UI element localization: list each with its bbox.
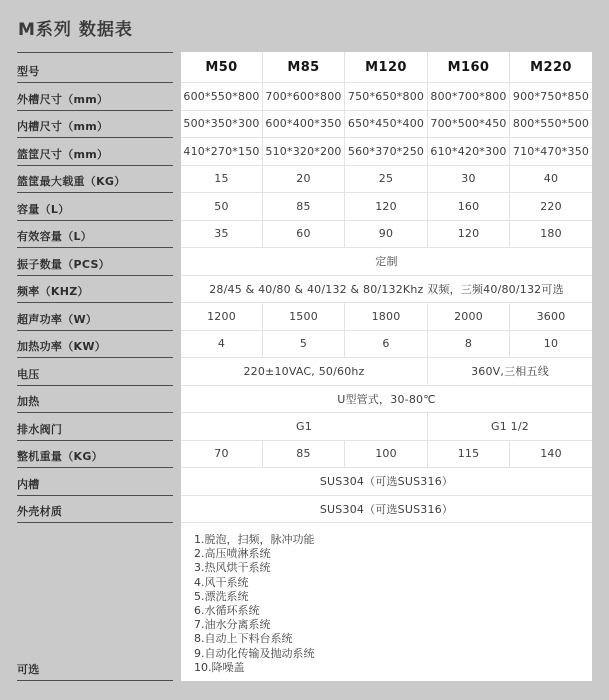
row-label-cell: 外槽尺寸（mm）	[0, 83, 181, 111]
row-label: 加热功率（KW）	[17, 338, 106, 354]
row-label: 容量（L）	[17, 201, 70, 217]
row-label-cell: 容量（L）	[0, 193, 181, 221]
option-item: 7.油水分离系统	[194, 618, 584, 632]
spec-cell: 5	[263, 331, 345, 359]
spec-cell: 70	[181, 441, 263, 469]
row-label: 排水阀门	[17, 421, 62, 437]
row-label-cell: 外壳材质	[0, 496, 181, 524]
row-label: 振子数量（PCS）	[17, 256, 110, 272]
spec-cell: 40	[510, 166, 592, 194]
split-cell-left: 220±10VAC, 50/60hz	[181, 358, 428, 386]
row-label-underline: 加热	[17, 386, 173, 414]
row-label: 内槽	[17, 476, 40, 492]
row-label: 型号	[17, 63, 40, 79]
option-item: 1.脱泡，扫频，脉冲功能	[194, 533, 584, 547]
spec-cell: 120	[345, 193, 428, 221]
row-label-cell: 型号	[0, 52, 181, 83]
spec-cell: 8	[428, 331, 510, 359]
column-header: M50	[181, 52, 263, 83]
spec-cell: 140	[510, 441, 592, 469]
row-label-cell: 有效容量（L）	[0, 221, 181, 249]
row-label-cell: 超声功率（W）	[0, 303, 181, 331]
column-header: M160	[428, 52, 510, 83]
column-header: M85	[263, 52, 345, 83]
spec-cell: 1500	[263, 303, 345, 331]
spec-cell: 700*500*450	[428, 111, 510, 139]
spec-cell: 10	[510, 331, 592, 359]
spec-cell: 50	[181, 193, 263, 221]
page-title: M系列 数据表	[18, 15, 133, 40]
row-label-underline: 内槽尺寸（mm）	[17, 111, 173, 139]
spec-cell: 90	[345, 221, 428, 249]
spec-cell: 800*550*500	[510, 111, 592, 139]
option-item: 3.热风烘干系统	[194, 561, 584, 575]
column-header: M120	[345, 52, 428, 83]
option-item: 5.漂洗系统	[194, 590, 584, 604]
column-header: M220	[510, 52, 592, 83]
row-label-cell: 篮筐尺寸（mm）	[0, 138, 181, 166]
split-cell-right: G1 1/2	[428, 413, 592, 441]
spec-cell: 3600	[510, 303, 592, 331]
spec-cell: 610*420*300	[428, 138, 510, 166]
spec-cell: 600*550*800	[181, 83, 263, 111]
spec-cell: 100	[345, 441, 428, 469]
row-label: 外槽尺寸（mm）	[17, 91, 108, 107]
spec-cell: 115	[428, 441, 510, 469]
spec-cell: 800*700*800	[428, 83, 510, 111]
merged-cell: 28/45 & 40/80 & 40/132 & 80/132Khz 双频，三频…	[181, 276, 592, 304]
merged-cell: SUS304（可选SUS316）	[181, 496, 592, 524]
row-label: 有效容量（L）	[17, 228, 92, 244]
row-label-underline: 振子数量（PCS）	[17, 248, 173, 276]
row-label-underline: 内槽	[17, 468, 173, 496]
row-label: 超声功率（W）	[17, 311, 97, 327]
spec-cell: 510*320*200	[263, 138, 345, 166]
row-label-underline: 整机重量（KG）	[17, 441, 173, 469]
merged-cell: U型管式，30-80℃	[181, 386, 592, 414]
option-item: 8.自动上下料台系统	[194, 632, 584, 646]
row-label-underline: 加热功率（KW）	[17, 331, 173, 359]
spec-cell: 600*400*350	[263, 111, 345, 139]
row-label-underline: 篮筐尺寸（mm）	[17, 138, 173, 166]
row-label: 篮筐最大载重（KG）	[17, 173, 126, 189]
row-label-underline: 容量（L）	[17, 193, 173, 221]
row-label: 内槽尺寸（mm）	[17, 118, 108, 134]
row-label-cell: 加热	[0, 386, 181, 414]
spec-table: 型号M50M85M120M160M220外槽尺寸（mm）600*550*8007…	[0, 52, 592, 681]
split-cell-left: G1	[181, 413, 428, 441]
row-label-underline: 超声功率（W）	[17, 303, 173, 331]
row-label-cell: 篮筐最大载重（KG）	[0, 166, 181, 194]
spec-cell: 2000	[428, 303, 510, 331]
row-label-underline: 电压	[17, 358, 173, 386]
row-label-underline: 篮筐最大载重（KG）	[17, 166, 173, 194]
row-label-cell: 内槽尺寸（mm）	[0, 111, 181, 139]
datasheet-page: M系列 数据表 型号M50M85M120M160M220外槽尺寸（mm）600*…	[0, 0, 609, 700]
spec-cell: 4	[181, 331, 263, 359]
row-label-cell: 内槽	[0, 468, 181, 496]
row-label: 频率（KHZ）	[17, 283, 89, 299]
row-label-underline: 外壳材质	[17, 496, 173, 524]
spec-cell: 160	[428, 193, 510, 221]
spec-cell: 6	[345, 331, 428, 359]
spec-cell: 15	[181, 166, 263, 194]
option-item: 6.水循环系统	[194, 604, 584, 618]
merged-cell: 定制	[181, 248, 592, 276]
spec-cell: 85	[263, 441, 345, 469]
spec-cell: 85	[263, 193, 345, 221]
option-item: 10.降噪盖	[194, 661, 584, 675]
row-label: 电压	[17, 366, 40, 382]
spec-cell: 650*450*400	[345, 111, 428, 139]
row-label-cell: 可选	[0, 523, 181, 681]
spec-cell: 20	[263, 166, 345, 194]
row-label: 篮筐尺寸（mm）	[17, 146, 108, 162]
option-item: 9.自动化传输及抛动系统	[194, 647, 584, 661]
row-label-underline: 排水阀门	[17, 413, 173, 441]
spec-cell: 120	[428, 221, 510, 249]
row-label-underline: 有效容量（L）	[17, 221, 173, 249]
spec-cell: 35	[181, 221, 263, 249]
spec-cell: 30	[428, 166, 510, 194]
merged-cell: SUS304（可选SUS316）	[181, 468, 592, 496]
option-item: 4.风干系统	[194, 576, 584, 590]
spec-cell: 410*270*150	[181, 138, 263, 166]
row-label-underline: 型号	[17, 52, 173, 83]
spec-cell: 700*600*800	[263, 83, 345, 111]
row-label: 可选	[17, 661, 40, 677]
row-label-cell: 加热功率（KW）	[0, 331, 181, 359]
spec-cell: 220	[510, 193, 592, 221]
spec-cell: 560*370*250	[345, 138, 428, 166]
spec-cell: 180	[510, 221, 592, 249]
option-item: 2.高压喷淋系统	[194, 547, 584, 561]
row-label-cell: 振子数量（PCS）	[0, 248, 181, 276]
options-list: 1.脱泡，扫频，脉冲功能2.高压喷淋系统3.热风烘干系统4.风干系统5.漂洗系统…	[181, 523, 592, 681]
spec-cell: 1200	[181, 303, 263, 331]
row-label-underline: 频率（KHZ）	[17, 276, 173, 304]
spec-cell: 1800	[345, 303, 428, 331]
spec-cell: 900*750*850	[510, 83, 592, 111]
row-label-cell: 整机重量（KG）	[0, 441, 181, 469]
row-label: 外壳材质	[17, 503, 62, 519]
split-cell-right: 360V,三相五线	[428, 358, 592, 386]
row-label: 加热	[17, 393, 40, 409]
spec-cell: 710*470*350	[510, 138, 592, 166]
spec-cell: 500*350*300	[181, 111, 263, 139]
row-label-underline: 可选	[17, 523, 173, 681]
spec-cell: 60	[263, 221, 345, 249]
spec-cell: 750*650*800	[345, 83, 428, 111]
row-label-cell: 电压	[0, 358, 181, 386]
row-label-underline: 外槽尺寸（mm）	[17, 83, 173, 111]
row-label-cell: 频率（KHZ）	[0, 276, 181, 304]
row-label-cell: 排水阀门	[0, 413, 181, 441]
spec-cell: 25	[345, 166, 428, 194]
row-label: 整机重量（KG）	[17, 448, 103, 464]
